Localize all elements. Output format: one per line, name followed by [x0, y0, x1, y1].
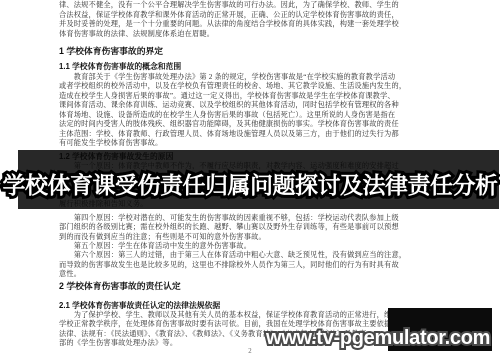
text-line: 主体范围：学校、体育教师、行政管理人员、体育场地设施管理人员以及第三方，由于他们… [59, 130, 445, 140]
text-line: 部门组织的各级别比赛；需在校外组织的长跑、越野、攀山赛以及野外生存训练等，有些是… [59, 223, 445, 233]
overlay-headline: 学校体育课受伤责任归属问题探讨及法律责任分析 学校体育课受伤责任归属问题探讨及法… [0, 169, 500, 201]
watermark-url-text: www.tv-pgemulator.com [266, 325, 490, 351]
intro-paragraph: 律、法规不健全，没有一个公平合理解决学生伤害事故的可行办法。因此，为了确保学校、… [59, 1, 445, 39]
section-1-1-heading: 1.1 学校体育伤害事故的概念和范围 [59, 61, 445, 72]
text-line: 律、法规不健全，没有一个公平合理解决学生伤害事故的可行办法。因此，为了确保学校、… [59, 1, 445, 11]
text-line: 教育部关于《学生伤害事故处理办法》第 2 条的规定，学校伤害事故是“在学校实施的… [59, 73, 445, 83]
text-line: 有可能发生学校体育伤害事故。 [59, 139, 445, 149]
text-line: 体育场地、设施、设备所造成的在校学生人身伤害后果的事故（包括死亡）。这里所说的人… [59, 111, 445, 121]
scanned-paper-page: 律、法规不健全，没有一个公平合理解决学生伤害事故的可行办法。因此，为了确保学校、… [0, 0, 500, 362]
section-2-heading: 2 学校体育伤害事故的责任认定 [59, 279, 445, 292]
text-line: 第四个原因：学校对潜在的、可能发生的伤害事故的因素重视不够，包括：学校运动代表队… [59, 214, 445, 224]
watermark: www.tv-pgemulator.com www.tv-pgemulator.… [266, 325, 500, 351]
cause-6-paragraph: 第六个原因：第三人的过错，由于第三人在体育活动中粗心大意、缺乏预见性，没有做到应… [59, 251, 445, 280]
text-line: 体育伤害事故的法律、法规制度体系迫在眉睫。 [59, 30, 445, 40]
text-line: 法定的时间内受害人的肢体残疾、组织器官功能障碍，及其他健康损伤的事实。学校体育伤… [59, 120, 445, 130]
section-1-1-paragraph: 教育部关于《学生伤害事故处理办法》第 2 条的规定，学校伤害事故是“在学校实施的… [59, 73, 445, 149]
text-line: 并及时妥善的处理，是一个十分重要的问题。从法律的角度结合学校体育的具体实践，构建… [59, 20, 445, 30]
section-1-heading: 1 学校体育伤害事故的界定 [59, 44, 445, 57]
cause-4-paragraph: 第四个原因：学校对潜在的、可能发生的伤害事故的因素重视不够，包括：学校运动代表队… [59, 214, 445, 243]
text-line: 而导致的伤害事故发生也是比较多见的，这里也不排除校外人员作为第三人，同时他们的行… [59, 261, 445, 271]
text-line: 造成在校学生人身损害后果的事故”。通过这一定义得出，学校体育伤害事故是学生在学校… [59, 92, 445, 102]
text-line: 课间体育活动、课余体育训练、运动竞赛、以及学校组织的其他体育活动，同时包括学校有… [59, 101, 445, 111]
overlay-headline-text: 学校体育课受伤责任归属问题探讨及法律责任分析 [0, 169, 500, 201]
text-line: 合法权益，保证学校体育教学和课外体育活动的正常开展，正确、公正的认定学校体育伤害… [59, 11, 445, 21]
text-line: 到的而没有做到应当的注意；有些则是不可知的意外伤害事故。 [59, 233, 445, 243]
text-line: 或者学校组织的校外活动中，以及在学校负有管理责任的校舍、场地、其它教学设施、生活… [59, 82, 445, 92]
text-line: 第六个原因：第三人的过错，由于第三人在体育活动中粗心大意、缺乏预见性，没有做到应… [59, 251, 445, 261]
